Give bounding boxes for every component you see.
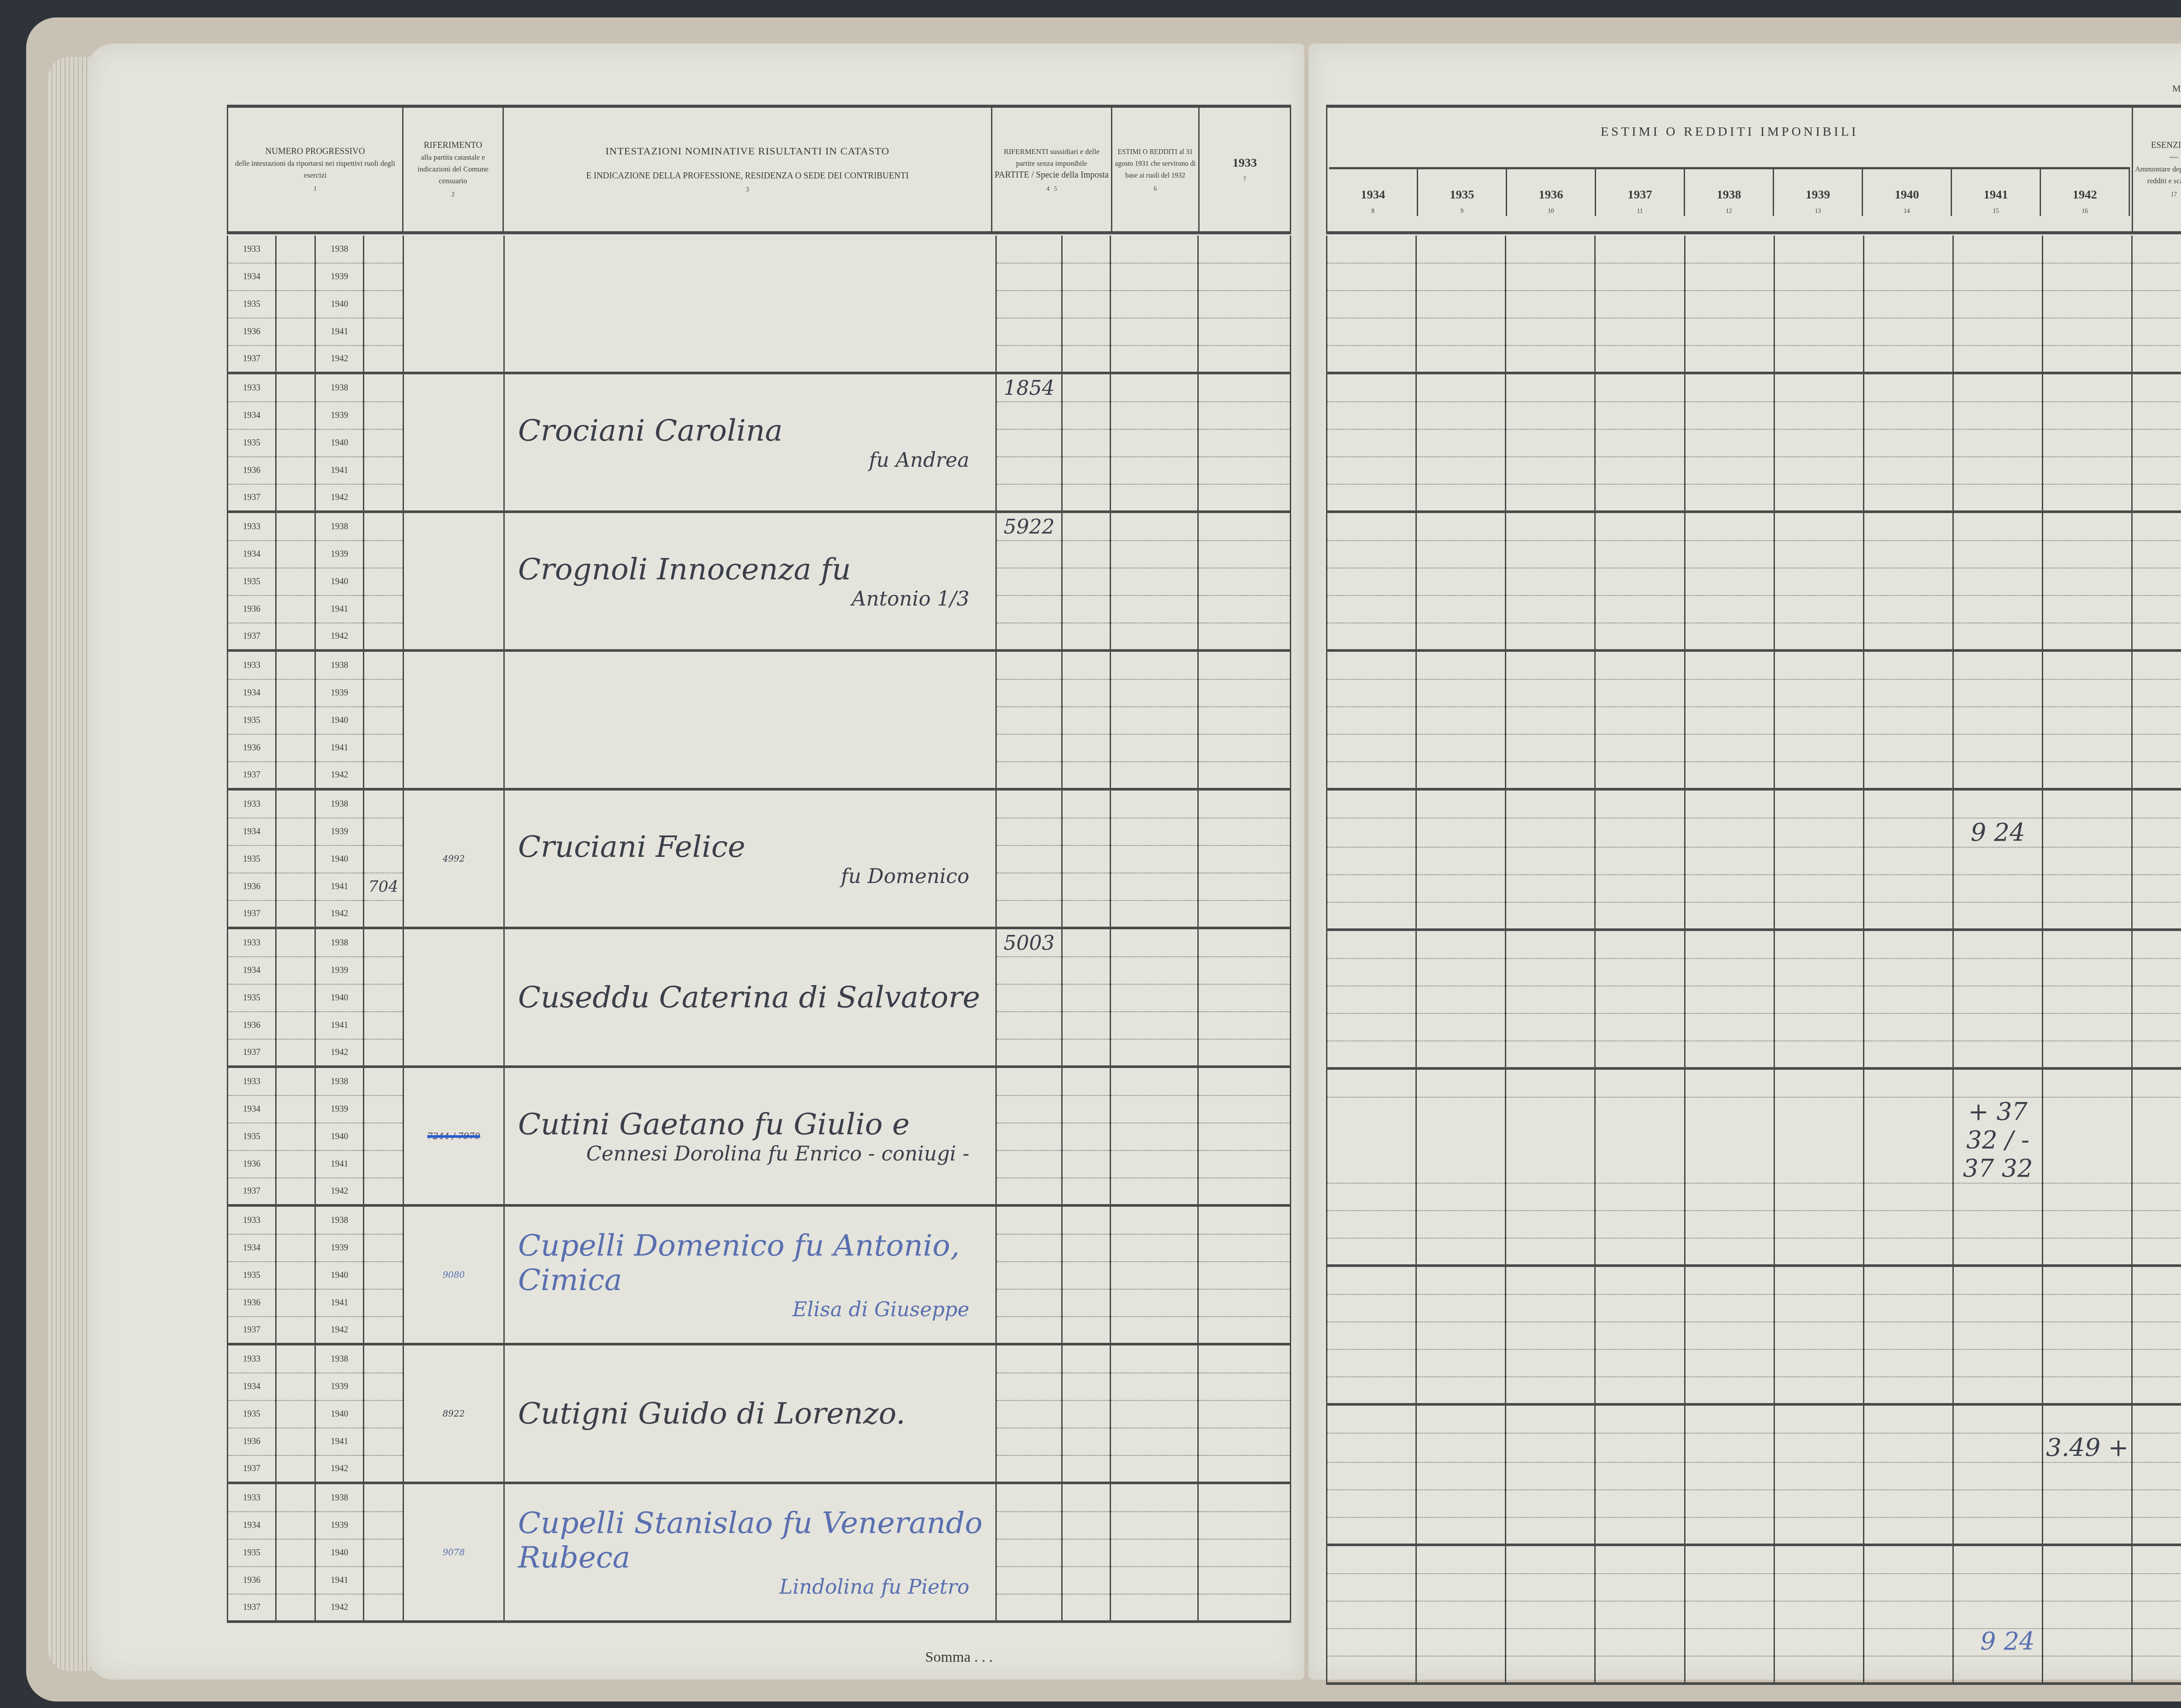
taxpayer-name: Cutini Gaetano fu Giulio e (505, 1107, 995, 1142)
year-right: 1939 (315, 1512, 364, 1539)
value-1933 (1198, 429, 1291, 457)
value-1936 (1506, 818, 1595, 847)
header-year-1935: 19359 (1418, 169, 1507, 216)
dots (364, 1095, 403, 1123)
specie-value (1062, 346, 1111, 373)
partite-value (996, 1512, 1062, 1539)
value-1939 (1774, 1406, 1863, 1433)
value-1942 (2043, 568, 2132, 596)
value-1934 (1327, 1601, 1416, 1629)
dots (276, 236, 315, 263)
estimi-1931-value (1111, 873, 1198, 900)
value-1934 (1327, 1294, 1416, 1322)
esenzioni-value (2132, 1211, 2181, 1238)
year-right: 1938 (315, 652, 364, 679)
year-left: 1934 (228, 1512, 276, 1539)
year-right: 1941 (315, 457, 364, 484)
specie-value (1062, 1317, 1111, 1344)
year-right: 1938 (315, 929, 364, 957)
specie-value (1062, 762, 1111, 789)
riferimento-value: 9080 (403, 1207, 504, 1344)
value-1939 (1774, 568, 1863, 596)
value-1935 (1416, 1097, 1506, 1183)
value-1940 (1863, 734, 1953, 762)
year-left: 1936 (228, 596, 276, 623)
partite-value (996, 484, 1062, 512)
value-1940 (1863, 902, 1953, 930)
value-1941 (1953, 1656, 2043, 1684)
value-1936 (1506, 762, 1595, 789)
value-1935 (1416, 484, 1506, 512)
estimi-1931-value (1111, 1039, 1198, 1067)
estimi-1931-value (1111, 1484, 1198, 1512)
intestazione-cell: Cuseddu Caterina di Salvatore (504, 929, 996, 1067)
header-year-1933: 1933 7 (1199, 106, 1291, 233)
value-1934 (1327, 1490, 1416, 1517)
dots (364, 984, 403, 1012)
value-1933 (1198, 236, 1291, 263)
dots (364, 679, 403, 707)
dots (276, 1317, 315, 1344)
value-1939 (1774, 791, 1863, 818)
value-1935 (1416, 1601, 1506, 1629)
partite-value (996, 873, 1062, 900)
value-1934 (1327, 541, 1416, 568)
value-1936 (1506, 568, 1595, 596)
value-1939 (1774, 902, 1863, 930)
estimi-1931-value (1111, 900, 1198, 928)
value-1934 (1327, 263, 1416, 291)
dots (276, 957, 315, 984)
value-1942 (2043, 1377, 2132, 1404)
value-1937 (1595, 1546, 1685, 1574)
partite-value (996, 568, 1062, 596)
value-1933 (1198, 1207, 1291, 1234)
value-1941 (1953, 1070, 2043, 1097)
taxpayer-name: Cutigni Guido di Lorenzo. (505, 1397, 995, 1431)
esenzioni-value (2132, 902, 2181, 930)
estimi-1931-value (1111, 1012, 1198, 1039)
esenzioni-value (2132, 484, 2181, 512)
specie-value (1062, 1039, 1111, 1067)
dots (364, 1567, 403, 1594)
year-right: 1941 (315, 318, 364, 346)
value-1935 (1416, 596, 1506, 623)
year-left: 1937 (228, 1178, 276, 1205)
value-1942 (2043, 374, 2132, 402)
value-1939 (1774, 263, 1863, 291)
estimi-1931-value (1111, 1345, 1198, 1373)
value-1936 (1506, 263, 1595, 291)
specie-value (1062, 1455, 1111, 1483)
value-1935 (1416, 986, 1506, 1013)
value-1940 (1863, 875, 1953, 902)
value-1935 (1416, 236, 1506, 263)
value-1933 (1198, 513, 1291, 541)
year-right: 1938 (315, 513, 364, 541)
right-entry-block (1326, 1267, 2181, 1406)
value-1940 (1863, 1013, 1953, 1041)
dots (276, 1234, 315, 1262)
value-1938 (1685, 1574, 1774, 1601)
dots (364, 1455, 403, 1483)
estimi-1931-value (1111, 957, 1198, 984)
value-1934 (1327, 1517, 1416, 1545)
dots (364, 845, 403, 873)
estimi-1931-value (1111, 541, 1198, 568)
value-1937 (1595, 1574, 1685, 1601)
value-1933 (1198, 1095, 1291, 1123)
partite-value (996, 1262, 1062, 1289)
dots (276, 1178, 315, 1205)
value-1936 (1506, 1406, 1595, 1433)
value-1934 (1327, 402, 1416, 429)
value-1942 (2043, 429, 2132, 457)
riferimento-value: 4992 (403, 791, 504, 928)
left-ledger-table: NUMERO PROGRESSIVO delle intestazioni da… (227, 105, 1291, 234)
estimi-1931-value (1111, 1317, 1198, 1344)
value-1938 (1685, 596, 1774, 623)
partite-value (996, 1428, 1062, 1455)
value-1942 (2043, 1238, 2132, 1266)
estimi-1931-value (1111, 1262, 1198, 1289)
value-1936 (1506, 679, 1595, 707)
value-1942 (2043, 1601, 2132, 1629)
year-right: 1939 (315, 679, 364, 707)
right-entry-block: 3.49 + (1326, 1406, 2181, 1546)
value-1935 (1416, 958, 1506, 986)
esenzioni-value (2132, 986, 2181, 1013)
year-right: 1939 (315, 1373, 364, 1400)
dots (364, 1234, 403, 1262)
value-1936 (1506, 318, 1595, 346)
value-1934 (1327, 1377, 1416, 1404)
value-1937 (1595, 1267, 1685, 1294)
dots (276, 1428, 315, 1455)
year-left: 1936 (228, 734, 276, 762)
dots (364, 541, 403, 568)
taxpayer-detail: Elisa di Giuseppe (505, 1297, 995, 1321)
value-1937 (1595, 1097, 1685, 1183)
value-1934 (1327, 902, 1416, 930)
partite-value (996, 818, 1062, 845)
value-1940 (1863, 429, 1953, 457)
value-1940 (1863, 513, 1953, 541)
value-1934 (1327, 1433, 1416, 1462)
value-1942 (2043, 623, 2132, 650)
dots (364, 929, 403, 957)
value-1941 (1953, 623, 2043, 650)
esenzioni-value (2132, 429, 2181, 457)
value-1938 (1685, 847, 1774, 875)
estimi-1931-value (1111, 402, 1198, 429)
value-1938 (1685, 652, 1774, 679)
partite-value (996, 1234, 1062, 1262)
value-1938 (1685, 402, 1774, 429)
value-1935 (1416, 847, 1506, 875)
esenzioni-value (2132, 1097, 2181, 1183)
value-1938 (1685, 1211, 1774, 1238)
value-1935 (1416, 1349, 1506, 1377)
year-left: 1936 (228, 1012, 276, 1039)
intestazione-cell: Cutigni Guido di Lorenzo. (504, 1345, 996, 1483)
value-1936 (1506, 931, 1595, 958)
dots (276, 984, 315, 1012)
value-1935 (1416, 1322, 1506, 1349)
value-1934 (1327, 958, 1416, 986)
value-1940 (1863, 1294, 1953, 1322)
specie-value (1062, 1234, 1111, 1262)
value-1938 (1685, 623, 1774, 650)
value-1939 (1774, 457, 1863, 484)
year-right: 1939 (315, 1234, 364, 1262)
year-left: 1933 (228, 513, 276, 541)
value-1940 (1863, 1097, 1953, 1183)
value-1940 (1863, 1322, 1953, 1349)
specie-value (1062, 679, 1111, 707)
value-1936 (1506, 1322, 1595, 1349)
esenzioni-value (2132, 1041, 2181, 1068)
year-left: 1934 (228, 541, 276, 568)
value-1936 (1506, 707, 1595, 734)
somma-1941-value: 9 24 (1980, 1627, 2035, 1656)
value-1940 (1863, 1629, 1953, 1656)
value-1936 (1506, 1546, 1595, 1574)
right-entry-block (1326, 236, 2181, 374)
value-1938 (1685, 1294, 1774, 1322)
value-1937 (1595, 513, 1685, 541)
value-1934 (1327, 1462, 1416, 1490)
year-left: 1934 (228, 1095, 276, 1123)
specie-value (1062, 1095, 1111, 1123)
value-1940 (1863, 1656, 1953, 1684)
esenzioni-value (2132, 762, 2181, 789)
value-1942 (2043, 652, 2132, 679)
value-1934 (1327, 1656, 1416, 1684)
ledger-book: NUMERO PROGRESSIVO delle intestazioni da… (26, 17, 2181, 1701)
dots (364, 318, 403, 346)
value-1935 (1416, 818, 1506, 847)
dots (276, 1068, 315, 1095)
partite-value (996, 429, 1062, 457)
value-1937 (1595, 986, 1685, 1013)
intestazione-cell: Crociani Carolina fu Andrea (504, 374, 996, 512)
year-right: 1941 (315, 1289, 364, 1317)
dots (276, 263, 315, 291)
year-left: 1934 (228, 1234, 276, 1262)
value-1937 (1595, 596, 1685, 623)
esenzioni-value (2132, 1517, 2181, 1545)
value-1942 (2043, 1013, 2132, 1041)
dots (276, 929, 315, 957)
value-1937 (1595, 541, 1685, 568)
partite-value (996, 1178, 1062, 1205)
year-left: 1935 (228, 291, 276, 318)
specie-value (1062, 596, 1111, 623)
estimi-1931-value (1111, 1539, 1198, 1567)
estimi-1931-value (1111, 1123, 1198, 1150)
riferimento-value: 8922 (403, 1345, 504, 1483)
dots (364, 1428, 403, 1455)
dots (364, 1262, 403, 1289)
value-1938 (1685, 1238, 1774, 1266)
dots (276, 1400, 315, 1428)
value-1933 (1198, 1373, 1291, 1400)
year-left: 1935 (228, 707, 276, 734)
dots: 704 (364, 873, 403, 900)
specie-value (1062, 1012, 1111, 1039)
esenzioni-value (2132, 847, 2181, 875)
value-1938 (1685, 1097, 1774, 1183)
estimi-1931-value (1111, 1234, 1198, 1262)
partite-value (996, 346, 1062, 373)
value-1942 (2043, 1294, 2132, 1322)
value-1937 (1595, 875, 1685, 902)
dots (276, 791, 315, 818)
esenzioni-value (2132, 457, 2181, 484)
partite-value (996, 623, 1062, 650)
taxpayer-name: Crognoli Innocenza fu (505, 552, 995, 587)
value-1942 (2043, 679, 2132, 707)
value-1933 (1198, 1039, 1291, 1067)
value-1937 (1595, 1322, 1685, 1349)
value-1942 (2043, 484, 2132, 512)
value-1941 (1953, 429, 2043, 457)
year-left: 1936 (228, 1567, 276, 1594)
value-1934 (1327, 374, 1416, 402)
entry-block: 193319389080 Cupelli Domenico fu Antonio… (227, 1207, 1291, 1345)
value-1940 (1863, 236, 1953, 263)
value-1942 (2043, 1322, 2132, 1349)
value-1933 (1198, 791, 1291, 818)
value-1942 (2043, 902, 2132, 930)
year-left: 1937 (228, 1317, 276, 1344)
value-1939 (1774, 402, 1863, 429)
partite-value (996, 1539, 1062, 1567)
value-1935 (1416, 1238, 1506, 1266)
estimi-1931-value (1111, 707, 1198, 734)
value-1941 (1953, 734, 2043, 762)
estimi-1931-value (1111, 791, 1198, 818)
dots (276, 457, 315, 484)
value-1935 (1416, 318, 1506, 346)
taxpayer-detail: Cennesi Dorolina fu Enrico - coniugi - (505, 1142, 995, 1165)
right-page: Mod. 111 - Imposte Dirette (Intercalare)… (1309, 44, 2181, 1680)
dots (364, 1012, 403, 1039)
specie-value (1062, 707, 1111, 734)
value-1940 (1863, 484, 1953, 512)
dots (364, 1539, 403, 1567)
dots (276, 318, 315, 346)
value-1933 (1198, 1234, 1291, 1262)
estimi-1931-value (1111, 1095, 1198, 1123)
value-1942 (2043, 1349, 2132, 1377)
value-1933 (1198, 402, 1291, 429)
value-1940 (1863, 931, 1953, 958)
value-1938 (1685, 1070, 1774, 1097)
value-1937 (1595, 1517, 1685, 1545)
estimi-1931-value (1111, 513, 1198, 541)
value-1942 (2043, 1490, 2132, 1517)
year-left: 1934 (228, 1373, 276, 1400)
esenzioni-value (2132, 568, 2181, 596)
value-1940 (1863, 1601, 1953, 1629)
value-1937 (1595, 1656, 1685, 1684)
value-1942 (2043, 958, 2132, 986)
dots (364, 236, 403, 263)
year-right: 1942 (315, 1039, 364, 1067)
dots (276, 734, 315, 762)
value-1937 (1595, 1183, 1685, 1211)
year-left: 1936 (228, 1150, 276, 1178)
estimi-1931-value (1111, 318, 1198, 346)
partite-value (996, 734, 1062, 762)
value-1936 (1506, 1349, 1595, 1377)
value-1942 (2043, 818, 2132, 847)
year-right: 1938 (315, 236, 364, 263)
entry-block: 193319388922 Cutigni Guido di Lorenzo. 1… (227, 1345, 1291, 1484)
value-1938 (1685, 875, 1774, 902)
value-1942 (2043, 1211, 2132, 1238)
dots (364, 596, 403, 623)
esenzioni-value (2132, 1656, 2181, 1684)
dots (276, 291, 315, 318)
specie-value (1062, 652, 1111, 679)
specie-value (1062, 1373, 1111, 1400)
esenzioni-value (2132, 1574, 2181, 1601)
value-1939 (1774, 596, 1863, 623)
value-1939 (1774, 513, 1863, 541)
dots (276, 596, 315, 623)
year-right: 1942 (315, 1455, 364, 1483)
year-right: 1939 (315, 1095, 364, 1123)
specie-value (1062, 623, 1111, 650)
specie-value (1062, 957, 1111, 984)
value-1935 (1416, 1406, 1506, 1433)
value-1936 (1506, 291, 1595, 318)
value-1935 (1416, 346, 1506, 373)
value-1938 (1685, 1490, 1774, 1517)
esenzioni-value (2132, 707, 2181, 734)
value-1936 (1506, 1267, 1595, 1294)
value-1938 (1685, 346, 1774, 373)
year-left: 1933 (228, 1068, 276, 1095)
value-1941 (1953, 1238, 2043, 1266)
year-left: 1935 (228, 429, 276, 457)
partite-value (996, 1012, 1062, 1039)
dots (364, 374, 403, 402)
esenzioni-value (2132, 596, 2181, 623)
year-left: 1936 (228, 1428, 276, 1455)
estimi-1931-value (1111, 1207, 1198, 1234)
estimi-1931-value (1111, 1178, 1198, 1205)
value-1937 (1595, 679, 1685, 707)
year-left: 1933 (228, 1345, 276, 1373)
year-left: 1936 (228, 457, 276, 484)
value-1933 (1198, 1345, 1291, 1373)
esenzioni-value (2132, 1013, 2181, 1041)
header-estimi-imponibili: ESTIMI O REDDITI IMPONIBILI 193481935919… (1327, 106, 2133, 233)
year-left: 1934 (228, 402, 276, 429)
value-1935 (1416, 931, 1506, 958)
riferimento-value (403, 929, 504, 1067)
specie-value (1062, 568, 1111, 596)
year-left: 1937 (228, 900, 276, 928)
value-1935 (1416, 374, 1506, 402)
year-right: 1941 (315, 1567, 364, 1594)
estimi-1931-value (1111, 1400, 1198, 1428)
esenzioni-value (2132, 958, 2181, 986)
